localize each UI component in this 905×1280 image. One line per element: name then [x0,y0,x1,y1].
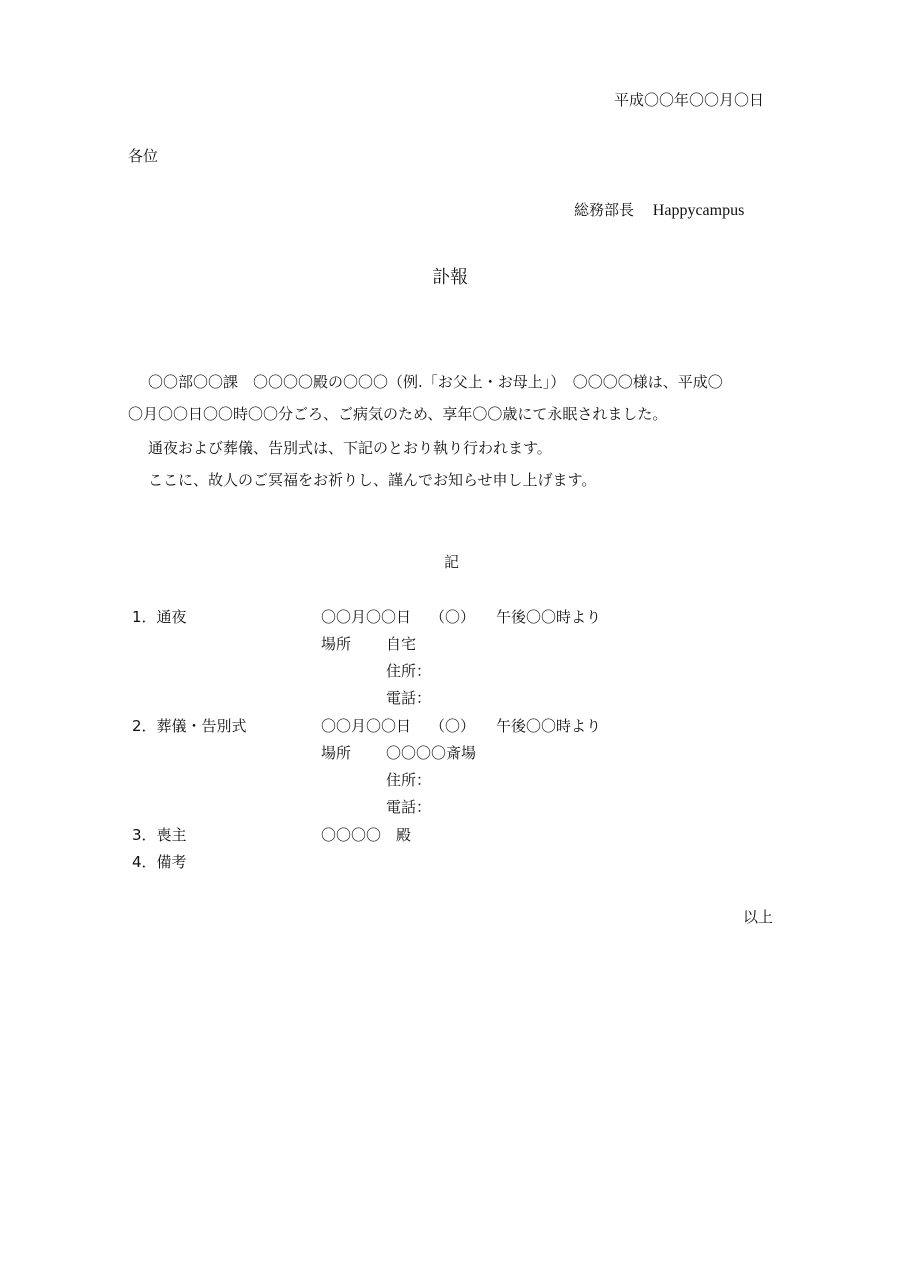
item-phone-wake: 電話： [386,688,431,708]
item-label-chief-mourner: 3．喪主 [132,825,187,845]
item-address-wake: 住所： [386,661,431,681]
item-phone-funeral: 電話： [386,797,431,817]
item-dow-wake: （〇） [430,607,475,627]
item-date-funeral: 〇〇月〇〇日 [321,716,411,736]
item-place-funeral: 〇〇〇〇斎場 [386,743,476,763]
item-dow-funeral: （〇） [430,716,475,736]
closing: 以上 [743,907,773,927]
item-date-wake: 〇〇月〇〇日 [321,607,411,627]
body-line-1: 〇〇部〇〇課 〇〇〇〇殿の〇〇〇（例.「お父上・お母上」） 〇〇〇〇様は、平成〇 [148,372,723,392]
item-place-wake: 自宅 [386,634,416,654]
item-time-funeral: 午後〇〇時より [496,716,601,736]
body-line-2: 〇月〇〇日〇〇時〇〇分ごろ、ご病気のため、享年〇〇歳にて永眠されました。 [128,404,667,424]
item-label-wake: 1．通夜 [132,607,187,627]
item-label-remarks: 4．備考 [132,852,187,872]
body-line-3: 通夜および葬儀、告別式は、下記のとおり執り行われます。 [148,438,552,458]
item-place-label-funeral: 場所 [321,743,351,763]
item-label-funeral: 2．葬儀・告別式 [132,716,247,736]
addressee: 各位 [128,146,158,166]
item-time-wake: 午後〇〇時より [496,607,601,627]
item-place-label-wake: 場所 [321,634,351,654]
document-title: 訃報 [432,268,468,288]
sender-name: Happycampus [653,202,745,219]
body-line-4: ここに、故人のご冥福をお祈りし、謹んでお知らせ申し上げます。 [148,470,596,490]
sender: 総務部長 Happycampus [574,200,744,221]
sender-dept: 総務部長 [574,201,634,219]
document-date: 平成〇〇年〇〇月〇日 [614,90,764,110]
item-value-chief-mourner: 〇〇〇〇 殿 [321,825,411,845]
item-address-funeral: 住所： [386,770,431,790]
ki-heading: 記 [444,552,459,572]
